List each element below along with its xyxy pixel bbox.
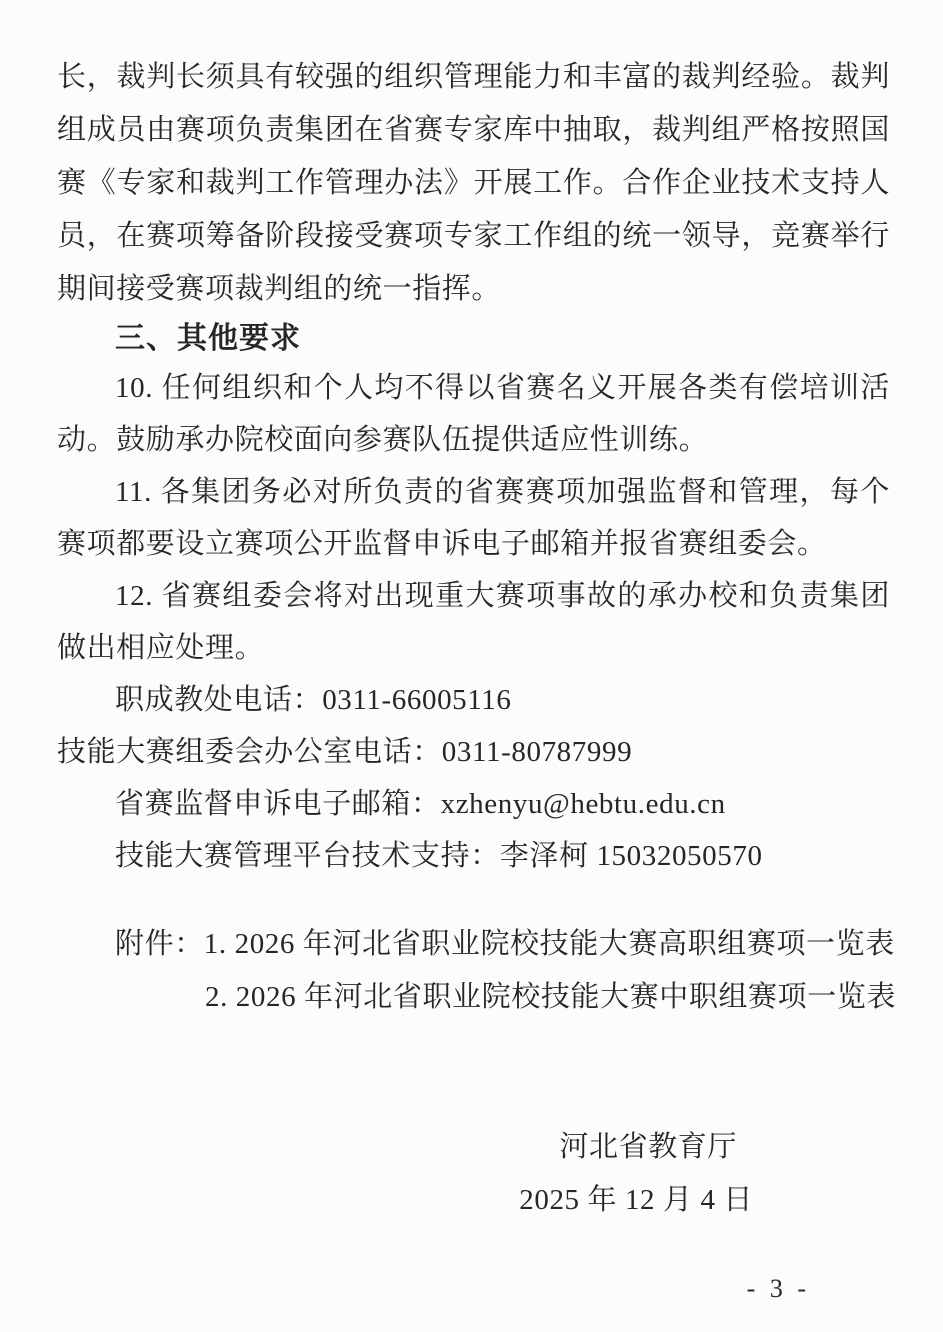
numbered-item-11: 11. 各集团务必对所负责的省赛赛项加强监督和管理，每个赛项都要设立赛项公开监督… (57, 466, 890, 570)
document-page: 长，裁判长须具有较强的组织管理能力和丰富的裁判经验。裁判组成员由赛项负责集团在省… (0, 0, 943, 1332)
contact-line-vocational-education-phone: 职成教处电话：0311-66005116 (57, 674, 890, 726)
attachment-item-2: 2. 2026 年河北省职业院校技能大赛中职组赛项一览表 (57, 971, 890, 1024)
issuing-authority-signature: 河北省教育厅 (57, 1121, 890, 1174)
numbered-item-12: 12. 省赛组委会将对出现重大赛项事故的承办校和负责集团做出相应处理。 (57, 570, 890, 674)
attachment-item-1: 附件：1. 2026 年河北省职业院校技能大赛高职组赛项一览表 (57, 918, 890, 971)
contact-line-committee-office-phone: 技能大赛组委会办公室电话：0311-80787999 (57, 726, 890, 778)
contact-line-platform-support: 技能大赛管理平台技术支持：李泽柯 15032050570 (57, 830, 890, 882)
attachments-block: 附件：1. 2026 年河北省职业院校技能大赛高职组赛项一览表 2. 2026 … (57, 918, 890, 1024)
page-number: - 3 - (57, 1262, 890, 1315)
numbered-item-10: 10. 任何组织和个人均不得以省赛名义开展各类有偿培训活动。鼓励承办院校面向参赛… (57, 362, 890, 466)
contact-line-supervision-email: 省赛监督申诉电子邮箱：xzhenyu@hebtu.edu.cn (57, 778, 890, 830)
body-paragraph-continuation: 长，裁判长须具有较强的组织管理能力和丰富的裁判经验。裁判组成员由赛项负责集团在省… (57, 51, 890, 316)
contact-block: 职成教处电话：0311-66005116 技能大赛组委会办公室电话：0311-8… (57, 674, 890, 882)
section-heading-other-requirements: 三、其他要求 (57, 316, 890, 362)
issue-date: 2025 年 12 月 4 日 (57, 1174, 890, 1227)
signature-block: 河北省教育厅 2025 年 12 月 4 日 (57, 1121, 890, 1227)
